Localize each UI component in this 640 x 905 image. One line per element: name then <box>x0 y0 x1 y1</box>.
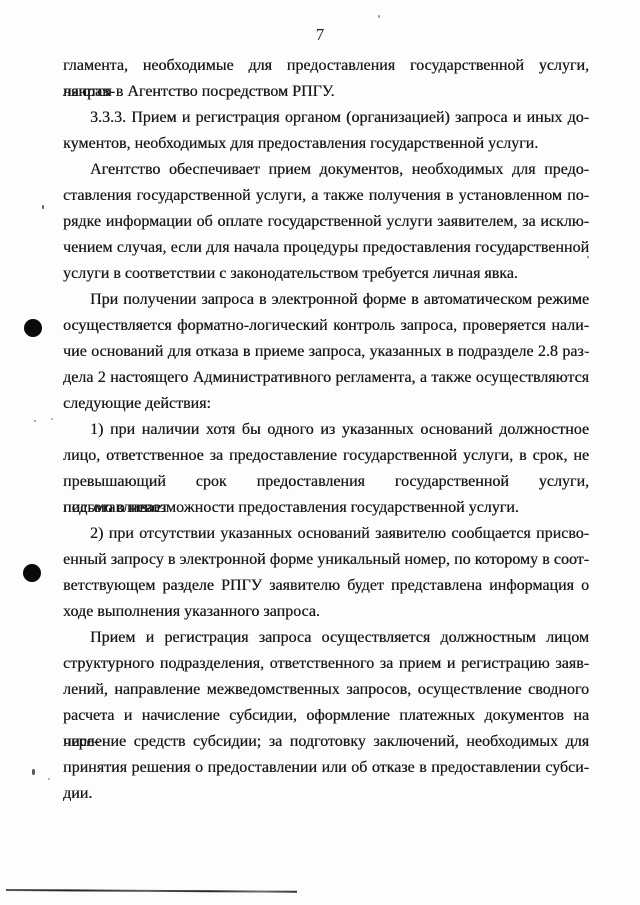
document-body: гламента, необходимые для предоставления… <box>63 53 589 807</box>
text-line: ставления государственной услуги, а такж… <box>63 183 589 209</box>
text-line: услуги в соответствии с законодательство… <box>63 261 589 287</box>
text-line: дела 2 настоящего Административного регл… <box>63 365 589 391</box>
footnote-rule <box>6 889 297 893</box>
page-number: 7 <box>0 22 640 48</box>
text-line: Прием и регистрация запроса осуществляет… <box>63 625 589 651</box>
text-line: енный запросу в электронной форме уникал… <box>63 547 589 573</box>
text-line: структурного подразделения, ответственно… <box>63 651 589 677</box>
text-line: числение средств субсидии; за подготовку… <box>63 729 589 755</box>
text-line: лицо, ответственное за предоставление го… <box>63 443 589 469</box>
text-line: дии. <box>63 781 589 807</box>
scan-speck <box>48 778 50 780</box>
text-line: 2) при отсутствии указанных оснований за… <box>63 521 589 547</box>
scan-speck <box>32 769 35 775</box>
scanned-document-page: 7 гламента, необходимые для предоставлен… <box>0 0 640 905</box>
scan-speck <box>584 351 586 353</box>
text-line: ляются в Агентство посредством РПГУ. <box>63 79 589 105</box>
text-line: осуществляется форматно-логический контр… <box>63 313 589 339</box>
text-line: чие оснований для отказа в приеме запрос… <box>63 339 589 365</box>
text-line: расчета и начисление субсидии, оформлени… <box>63 703 589 729</box>
text-line: ветствующем разделе РПГУ заявителю будет… <box>63 573 589 599</box>
text-line: 3.3.3. Прием и регистрация органом (орга… <box>63 105 589 131</box>
text-line: Агентство обеспечивает прием документов,… <box>63 157 589 183</box>
scan-speck <box>51 418 53 420</box>
text-line: лений, направление межведомственных запр… <box>63 677 589 703</box>
text-line: гламента, необходимые для предоставления… <box>63 53 589 79</box>
text-line: превышающий срок предоставления государс… <box>63 469 589 495</box>
hole-punch-mark <box>24 319 42 337</box>
text-line: чением случая, если для начала процедуры… <box>63 235 589 261</box>
scan-speck <box>34 420 36 422</box>
scan-speck <box>42 205 44 209</box>
text-line: 1) при наличии хотя бы одного из указанн… <box>63 417 589 443</box>
text-line: следующие действия: <box>63 391 589 417</box>
text-line: письмо о невозможности предоставления го… <box>63 495 589 521</box>
hole-punch-mark <box>23 564 41 582</box>
text-line: При получении запроса в электронной форм… <box>63 287 589 313</box>
text-line: ходе выполнения указанного запроса. <box>63 599 589 625</box>
text-line: принятия решения о предоставлении или об… <box>63 755 589 781</box>
text-line: кументов, необходимых для предоставления… <box>63 131 589 157</box>
scan-speck <box>587 256 589 258</box>
text-line: рядке информации об оплате государственн… <box>63 209 589 235</box>
scan-speck <box>378 15 380 18</box>
